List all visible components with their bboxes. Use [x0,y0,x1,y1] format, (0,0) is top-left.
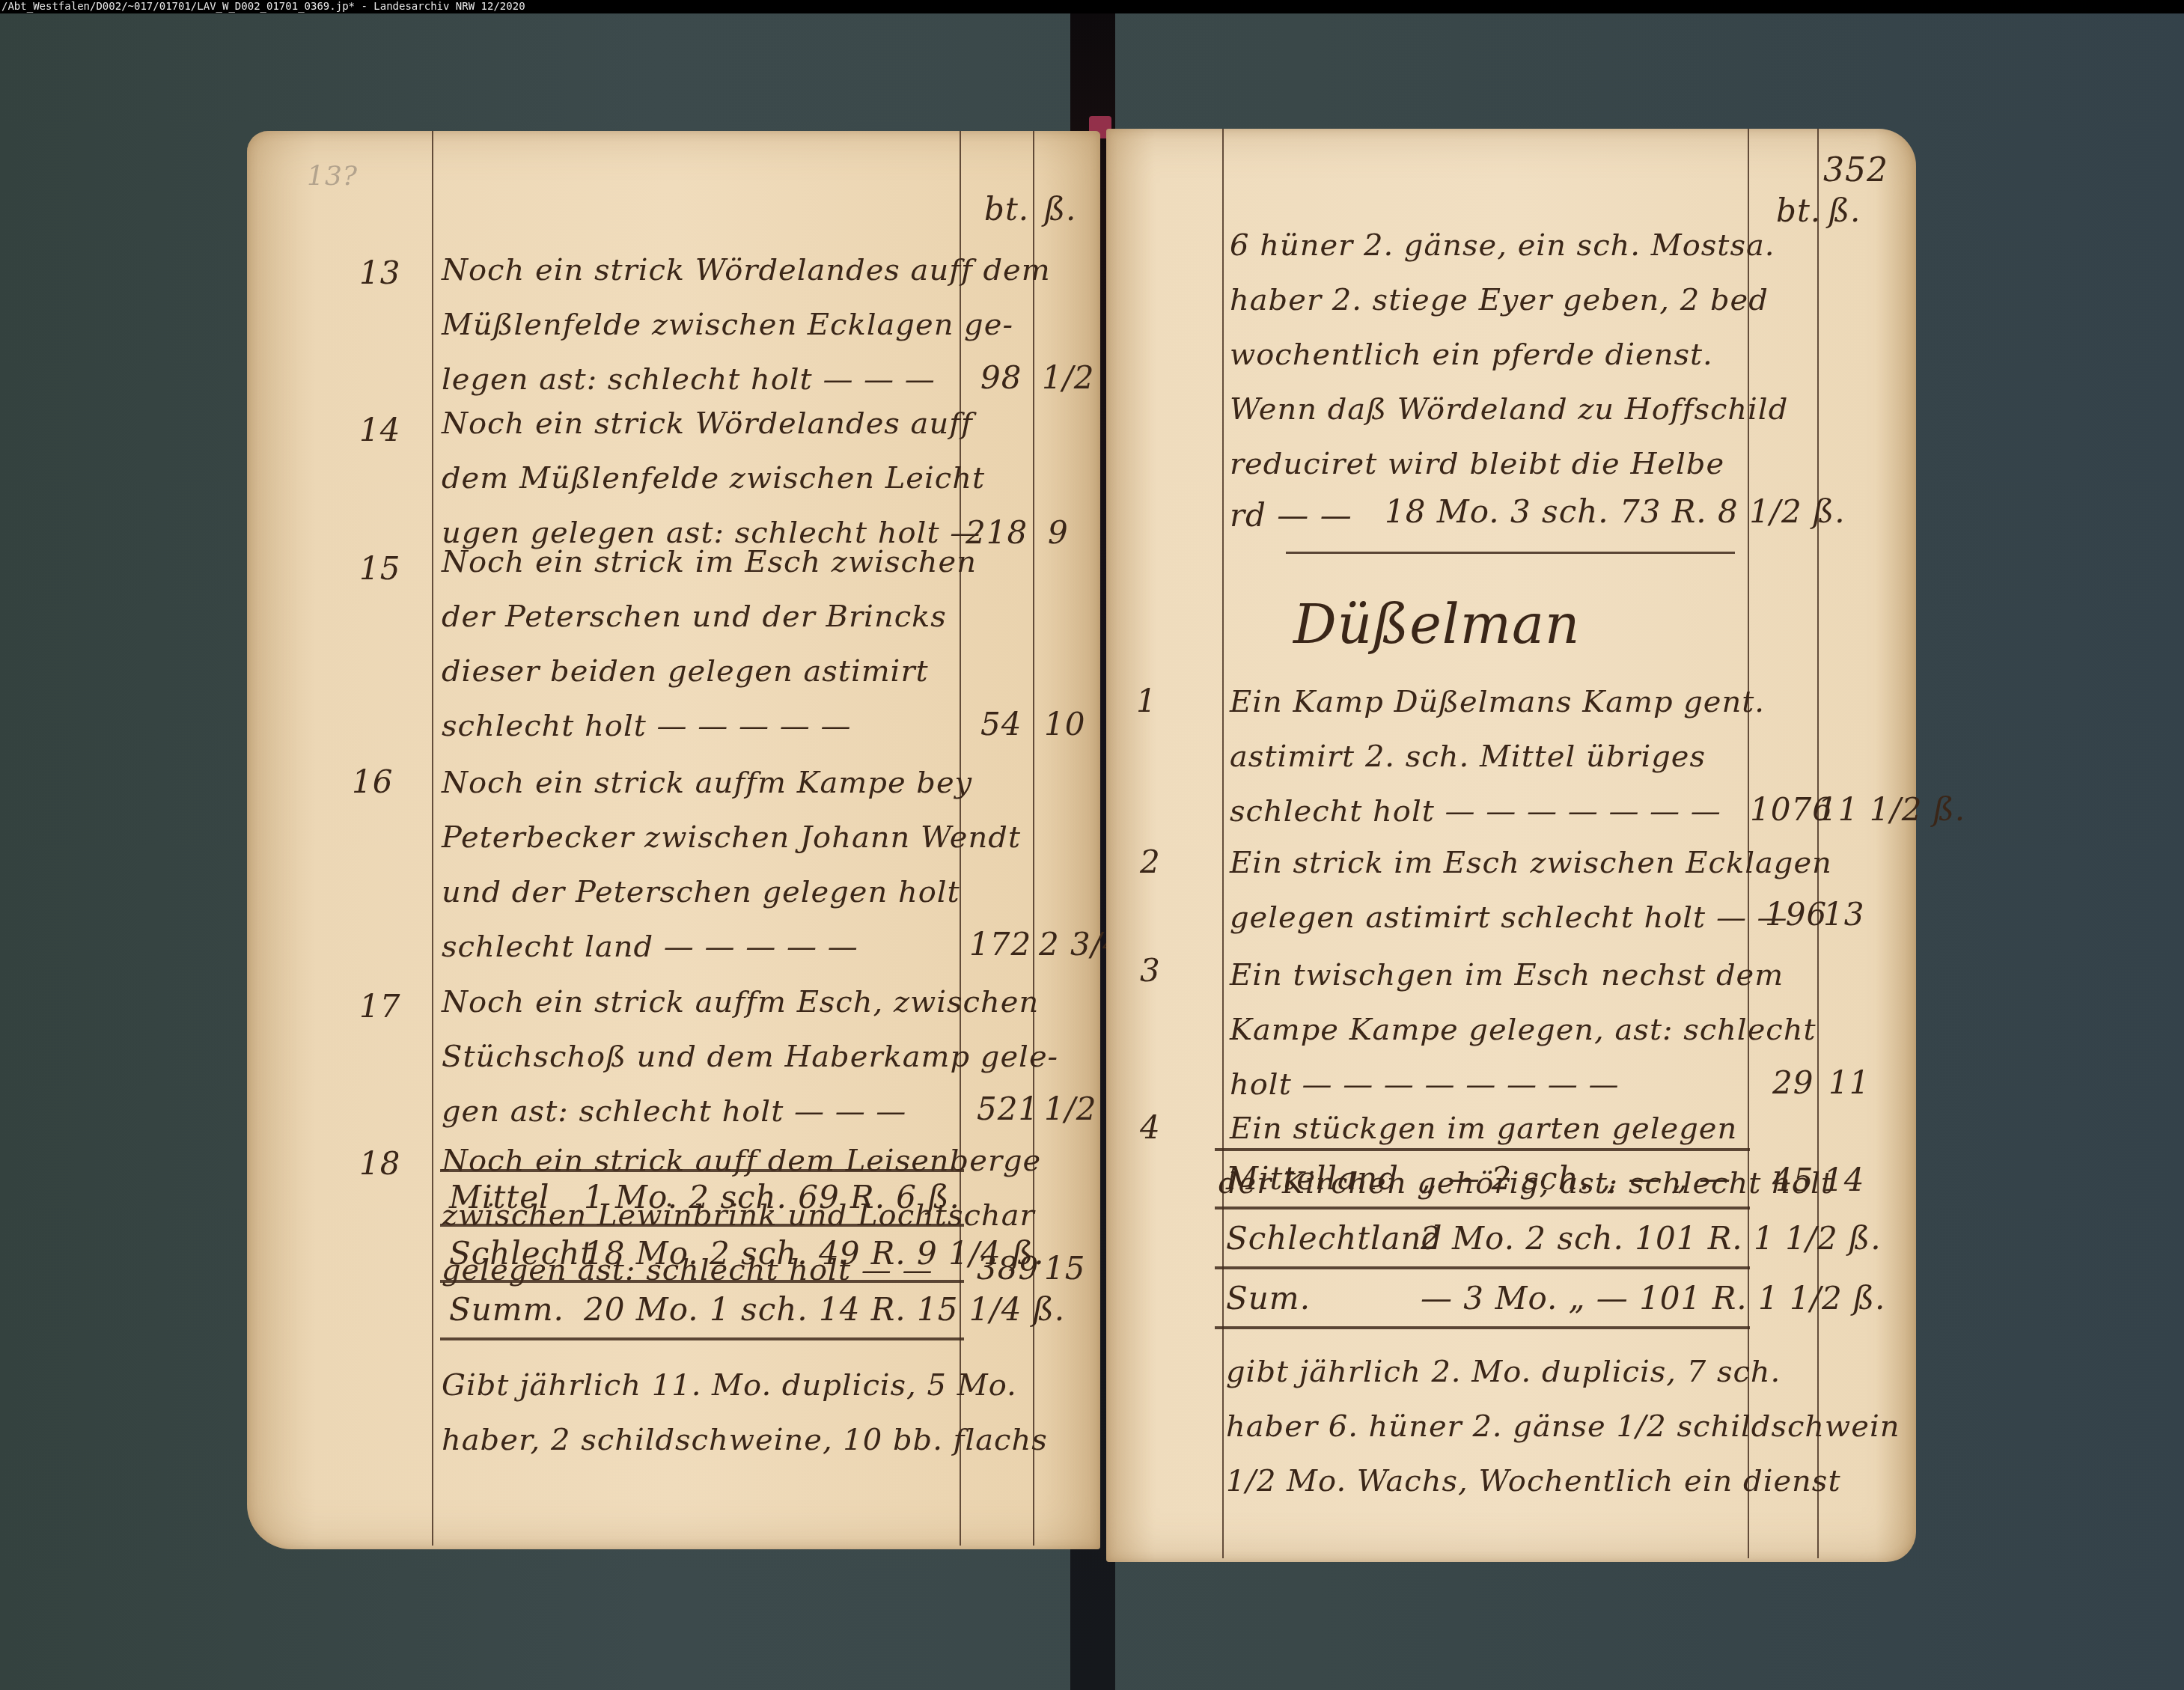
carryover-line: wochentlich ein pferde dienst. [1230,328,1713,382]
entry-line: Ein twischgen im Esch nechst dem [1230,948,1784,1003]
entry-value-1: 196 [1765,896,1827,933]
carryover-line: haber 2. stiege Eyer geben, 2 bed [1230,273,1769,328]
column-header-2: ß. [1828,192,1861,229]
column-header-1: bt. [1776,192,1821,229]
total-label: Sum. [1226,1280,1311,1317]
entry-line: schlecht holt — — — — — [442,699,851,754]
totals-rule-4 [440,1337,964,1340]
entry-line: dieser beiden gelegen astimirt [442,644,929,699]
carryover-label: rd — — [1230,497,1352,534]
column-header-1: bt. [984,191,1029,228]
entry-number: 17 [359,988,400,1025]
entry-line: Ein strick im Esch zwischen Ecklagen [1230,836,1832,891]
window-title-bar: /Abt_Westfalen/D002/~017/01701/LAV_W_D00… [0,0,2184,13]
entry-line: Stüchschoß und dem Haberkamp gele- [442,1030,1058,1085]
carryover-line: reduciret wird bleibt die Helbe [1230,437,1724,492]
entry-line: und der Peterschen gelegen holt [442,865,960,920]
total-value: — 3 Mo. „ — 101 R. 1 1/2 ß. [1421,1280,1885,1317]
entry-line: schlecht holt — — — — — — — [1230,784,1721,839]
entry-value-2: 1/2 [1042,359,1095,396]
entry-value-1: 54 [980,706,1022,742]
total-value: 20 Mo. 1 sch. 14 R. 15 1/4 ß. [584,1291,1065,1328]
entry-line: dem Müßlenfelde zwischen Leicht [442,451,985,506]
carryover-total: 18 Mo. 3 sch. 73 R. 8 1/2 ß. [1385,493,1846,530]
entry-value-2: 9 [1048,514,1069,551]
entry-value-2: 15 [1044,1250,1085,1287]
footer-line: 1/2 Mo. Wachs, Wochentlich ein dienst [1226,1454,1840,1509]
entry-number: 16 [352,763,393,800]
pencil-folio: 13? [307,161,358,192]
totals-rule-c [1215,1266,1750,1269]
entry-number: 2 [1140,844,1161,880]
entry-line: Noch ein strick Wördelandes auff [442,397,973,451]
entry-line: Noch ein strick auffm Kampe bey [442,756,972,811]
folio-number: 352 [1823,151,1888,189]
entry-line: Kampe Kampe gelegen, ast: schlecht [1230,1003,1817,1058]
total-value: „ — 2 sch. „ — „ — [1421,1160,1731,1197]
footer-line: haber 6. hüner 2. gänse 1/2 schildschwei… [1226,1400,1900,1454]
totals-rule-d [1215,1326,1750,1329]
carryover-line: 6 hüner 2. gänse, ein sch. Mostsa. [1230,219,1775,273]
entry-line: Noch ein strick Wördelandes auff dem [442,243,1051,298]
left-margin-rule [432,131,433,1546]
entry-value-2: 10 [1044,706,1085,742]
window-title: /Abt_Westfalen/D002/~017/01701/LAV_W_D00… [1,1,525,13]
left-value-rule-2 [1033,131,1034,1546]
entry-number: 1 [1136,683,1157,719]
total-value: 1 Mo. 2 sch. 69 R. 6 ß. [584,1179,960,1215]
entry-number: 14 [359,412,400,448]
entry-value-2: 13 [1823,896,1864,933]
totals-rule-b [1215,1207,1750,1209]
totals-rule-a [1215,1148,1750,1151]
entry-line: Müßlenfelde zwischen Ecklagen ge- [442,298,1013,353]
right-margin-rule [1222,129,1224,1558]
entry-number: 13 [359,254,400,291]
entry-value-1: 172 [969,926,1031,963]
entry-value-2: 1/2 [1044,1090,1097,1127]
total-label: Mittelland [1226,1160,1399,1197]
entry-line: schlecht land — — — — — [442,920,858,974]
entry-number: 3 [1140,952,1161,989]
total-label: Schlecht [449,1235,594,1272]
footer-line: haber, 2 schildschweine, 10 bb. flachs [442,1413,1048,1468]
entry-value-1: 98 [980,359,1022,396]
footer-line: Gibt jährlich 11. Mo. duplicis, 5 Mo. [442,1358,1017,1413]
entry-value-2: 11 1/2 ß. [1817,791,1965,828]
entry-value-2: 14 [1823,1162,1864,1198]
right-page: 352 bt. ß. 6 hüner 2. gänse, ein sch. Mo… [1106,129,1916,1562]
totals-top-rule [440,1169,964,1172]
entry-line: astimirt 2. sch. Mittel übriges [1230,730,1706,784]
total-label: Summ. [449,1291,564,1328]
entry-number: 15 [359,550,400,587]
carryover-rule [1286,552,1735,554]
entry-number: 18 [359,1145,400,1182]
entry-value-1: 521 [977,1090,1039,1127]
left-page: 13? bt. ß. 13 Noch ein strick Wördelande… [247,131,1100,1549]
entry-value-2: 11 [1828,1064,1870,1101]
entry-line: Ein Kamp Düßelmans Kamp gent. [1230,675,1765,730]
entry-value-1: 29 [1772,1064,1814,1101]
entry-value-1: 45 [1772,1162,1814,1198]
entry-line: der Peterschen und der Brincks [442,590,947,644]
total-value: 2 Mo. 2 sch. 101 R. 1 1/2 ß. [1421,1220,1882,1257]
entry-line: Peterbecker zwischen Johann Wendt [442,811,1021,865]
section-heading: Düßelman [1293,593,1580,656]
column-header-2: ß. [1044,191,1076,228]
entry-line: Noch ein strick im Esch zwischen [442,535,977,590]
entry-line: gen ast: schlecht holt — — — [442,1085,906,1139]
totals-rule-2 [440,1224,964,1227]
total-label: Mittel [449,1179,549,1215]
entry-line: gelegen astimirt schlecht holt — — [1230,891,1788,945]
total-value: 18 Mo. 2 sch. 49 R. 9 1/4 ß. [584,1235,1045,1272]
total-label: Schlechtland [1226,1220,1443,1257]
entry-line: Noch ein strick auffm Esch, zwischen [442,975,1039,1030]
totals-rule-3 [440,1280,964,1283]
carryover-line: Wenn daß Wördeland zu Hoffschild [1230,382,1788,437]
footer-line: gibt jährlich 2. Mo. duplicis, 7 sch. [1226,1345,1781,1400]
entry-number: 4 [1140,1109,1161,1146]
